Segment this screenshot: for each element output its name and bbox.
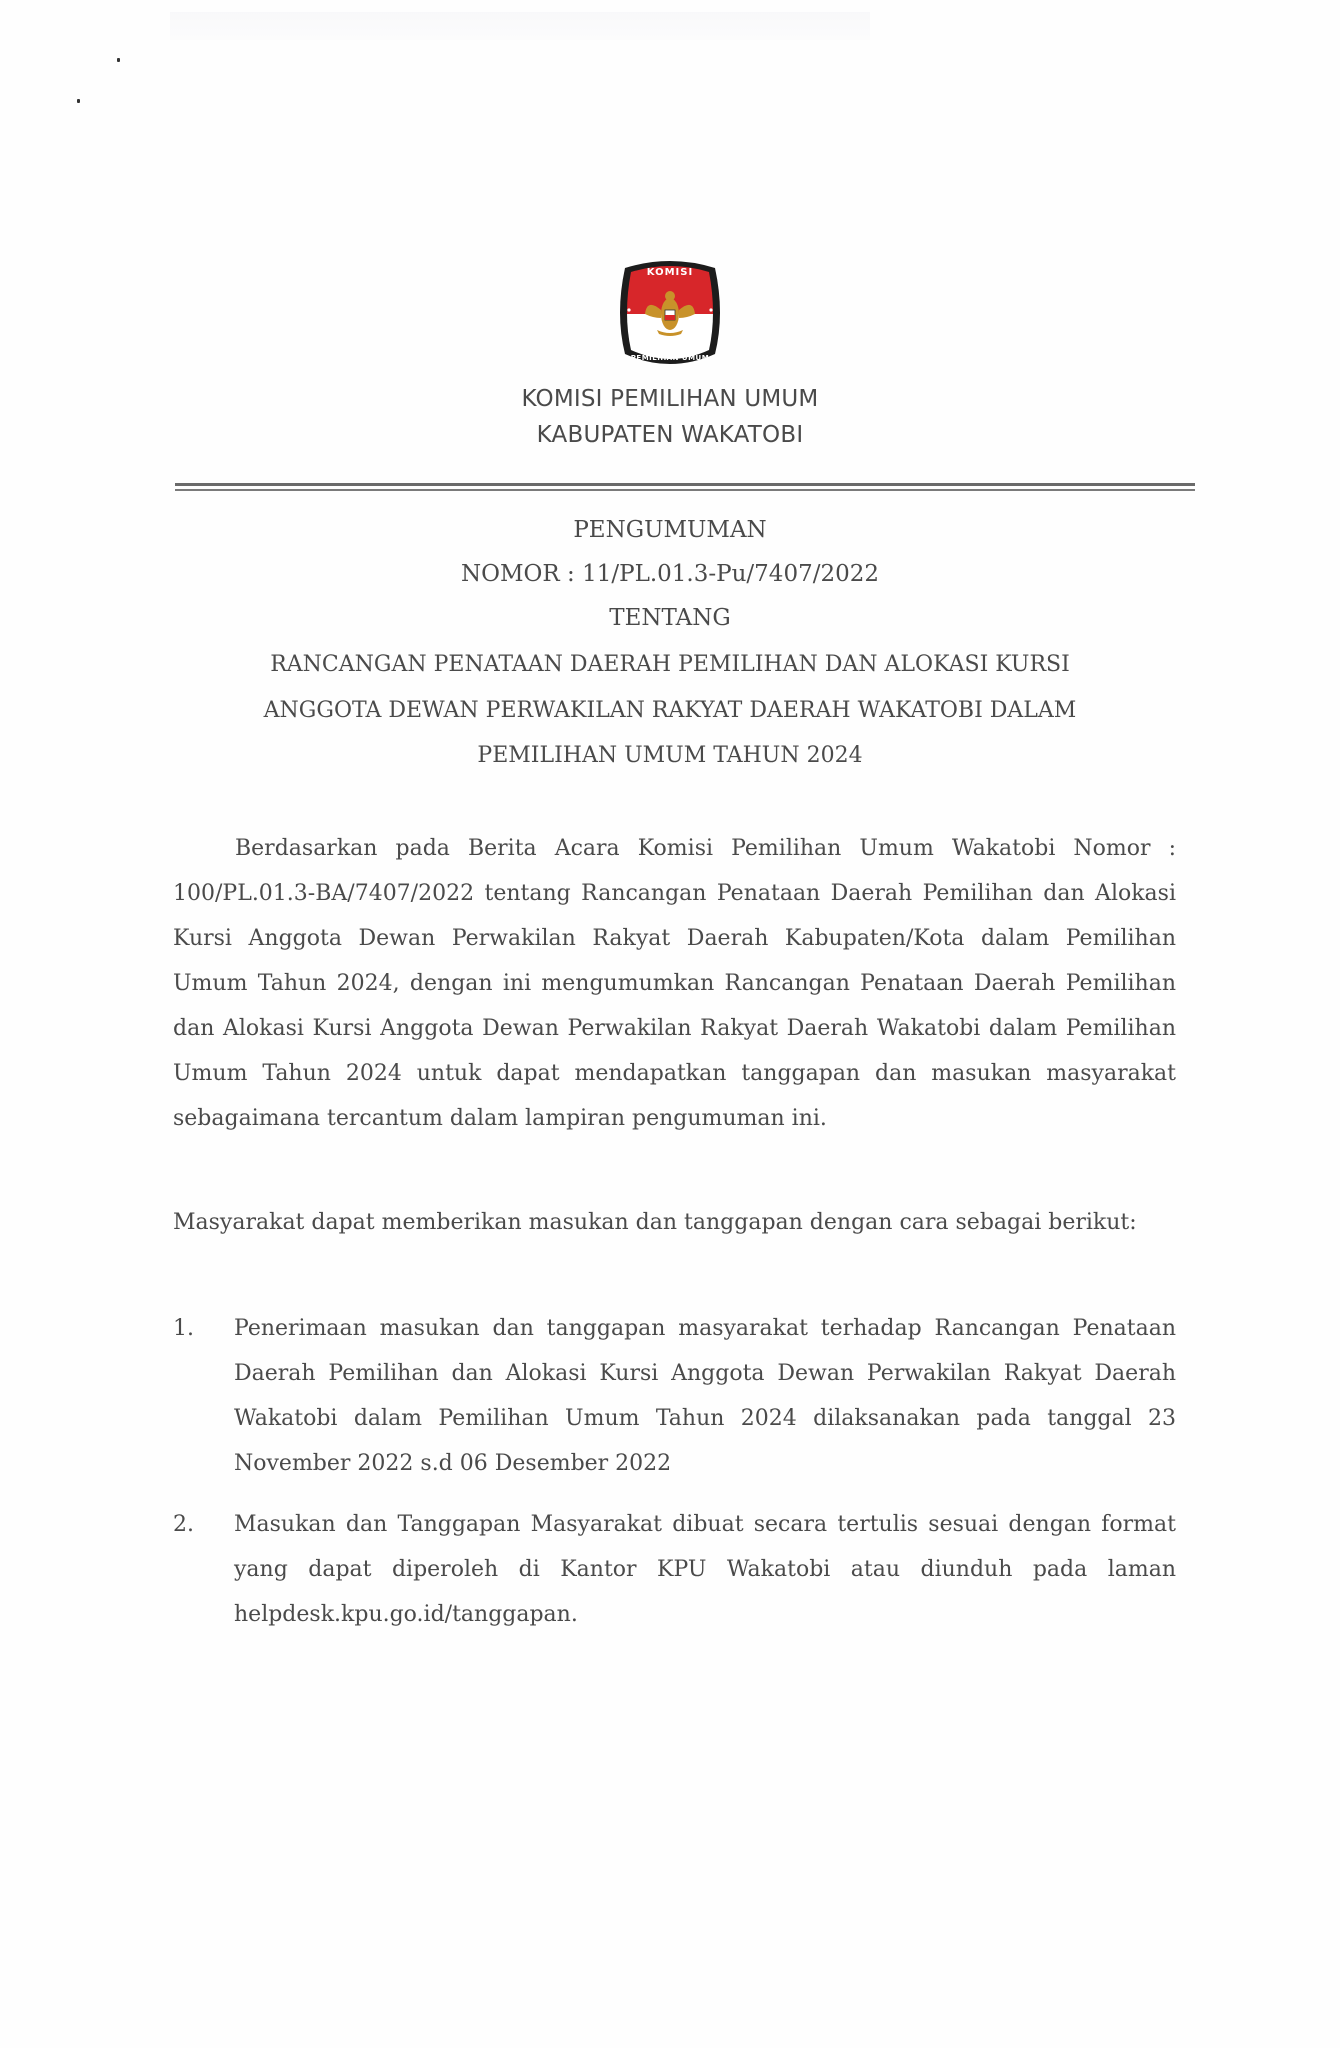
org-region: KABUPATEN WAKATOBI bbox=[0, 422, 1340, 448]
header-divider bbox=[175, 483, 1195, 486]
body-paragraph: Masyarakat dapat memberikan masukan dan … bbox=[173, 1200, 1176, 1245]
list-item-text: Masukan dan Tanggapan Masyarakat dibuat … bbox=[234, 1502, 1176, 1637]
kpu-logo-icon: KOMISI PEMILIHAN UMUM bbox=[617, 258, 723, 370]
header-divider bbox=[175, 489, 1195, 491]
document-page: KOMISI PEMILIHAN UMUM KOMISI PEMILIHAN U… bbox=[0, 0, 1340, 2048]
svg-text:PEMILIHAN UMUM: PEMILIHAN UMUM bbox=[631, 354, 709, 362]
document-subject-line: RANCANGAN PENATAAN DAERAH PEMILIHAN DAN … bbox=[0, 652, 1340, 677]
scan-artifact bbox=[170, 12, 870, 40]
document-number: NOMOR : 11/PL.01.3-Pu/7407/2022 bbox=[0, 561, 1340, 587]
list-item-text: Penerimaan masukan dan tanggapan masyara… bbox=[234, 1306, 1176, 1486]
svg-text:KOMISI: KOMISI bbox=[647, 267, 693, 278]
document-subject-line: ANGGOTA DEWAN PERWAKILAN RAKYAT DAERAH W… bbox=[0, 698, 1340, 723]
body-paragraph: Berdasarkan pada Berita Acara Komisi Pem… bbox=[173, 826, 1176, 1141]
document-subject-line: PEMILIHAN UMUM TAHUN 2024 bbox=[0, 743, 1340, 768]
list-number: 1. bbox=[173, 1306, 213, 1351]
document-about: TENTANG bbox=[0, 605, 1340, 631]
scan-speck bbox=[77, 99, 80, 103]
list-number: 2. bbox=[173, 1502, 213, 1547]
list-item: 1. Penerimaan masukan dan tanggapan masy… bbox=[173, 1306, 1176, 1486]
list-item: 2. Masukan dan Tanggapan Masyarakat dibu… bbox=[173, 1502, 1176, 1637]
org-name: KOMISI PEMILIHAN UMUM bbox=[0, 386, 1340, 412]
document-type: PENGUMUMAN bbox=[0, 517, 1340, 543]
scan-speck bbox=[117, 58, 120, 62]
